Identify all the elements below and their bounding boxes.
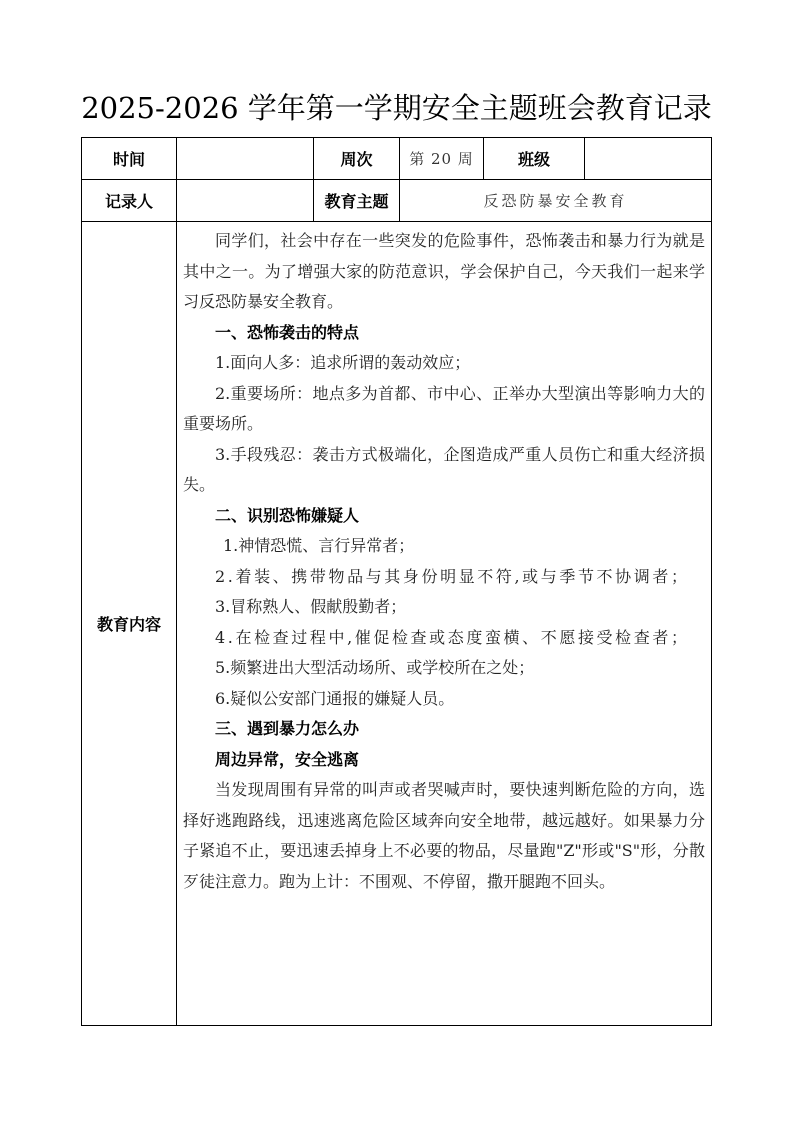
week-label: 周次 (314, 138, 400, 180)
time-value-cell[interactable] (177, 138, 314, 180)
class-label: 班级 (484, 138, 585, 180)
section-1-item-3: 3.手段残忍：袭击方式极端化，企图造成严重人员伤亡和重大经济损失。 (183, 440, 705, 501)
content-label: 教育内容 (82, 222, 177, 1026)
recorder-value-cell[interactable] (177, 180, 314, 222)
intro-paragraph: 同学们，社会中存在一些突发的危险事件，恐怖袭击和暴力行为就是其中之一。为了增强大… (183, 226, 705, 318)
section-3-subheading: 周边异常，安全逃离 (183, 745, 705, 776)
time-label: 时间 (82, 138, 177, 180)
topic-label: 教育主题 (314, 180, 400, 222)
table-row-recorder-topic: 记录人 教育主题 反恐防暴安全教育 (82, 180, 712, 222)
section-2-item-6: 6.疑似公安部门通报的嫌疑人员。 (183, 684, 705, 715)
section-3-paragraph: 当发现周围有异常的叫声或者哭喊声时，要快速判断危险的方向，选择好逃跑路线，迅速逃… (183, 775, 705, 897)
section-heading-3: 三、遇到暴力怎么办 (183, 714, 705, 745)
section-heading-1: 一、恐怖袭击的特点 (183, 318, 705, 349)
section-heading-2: 二、识别恐怖嫌疑人 (183, 501, 705, 532)
section-2-item-1: 1.神情恐慌、言行异常者； (183, 531, 705, 562)
section-1-item-1: 1.面向人多：追求所谓的轰动效应； (183, 348, 705, 379)
table-row-content: 教育内容 同学们，社会中存在一些突发的危险事件，恐怖袭击和暴力行为就是其中之一。… (82, 222, 712, 1026)
section-2-item-3: 3.冒称熟人、假献殷勤者； (183, 592, 705, 623)
topic-value-cell[interactable]: 反恐防暴安全教育 (400, 180, 712, 222)
table-row-time-week-class: 时间 周次 第 20 周 班级 (82, 138, 712, 180)
section-2-item-2: 2.着装、携带物品与其身份明显不符,或与季节不协调者； (183, 562, 705, 593)
week-value-cell[interactable]: 第 20 周 (400, 138, 484, 180)
class-value-cell[interactable] (585, 138, 712, 180)
section-1-item-2: 2.重要场所：地点多为首都、市中心、正举办大型演出等影响力大的重要场所。 (183, 379, 705, 440)
class-meeting-record-table: 时间 周次 第 20 周 班级 记录人 教育主题 反恐防暴安全教育 教育内容 同… (81, 137, 712, 1026)
content-cell[interactable]: 同学们，社会中存在一些突发的危险事件，恐怖袭击和暴力行为就是其中之一。为了增强大… (177, 222, 712, 1026)
section-2-item-4: 4.在检查过程中,催促检查或态度蛮横、不愿接受检查者； (183, 623, 705, 654)
document-title: 2025-2026 学年第一学期安全主题班会教育记录 (0, 88, 793, 128)
section-2-item-5: 5.频繁进出大型活动场所、或学校所在之处； (183, 653, 705, 684)
recorder-label: 记录人 (82, 180, 177, 222)
